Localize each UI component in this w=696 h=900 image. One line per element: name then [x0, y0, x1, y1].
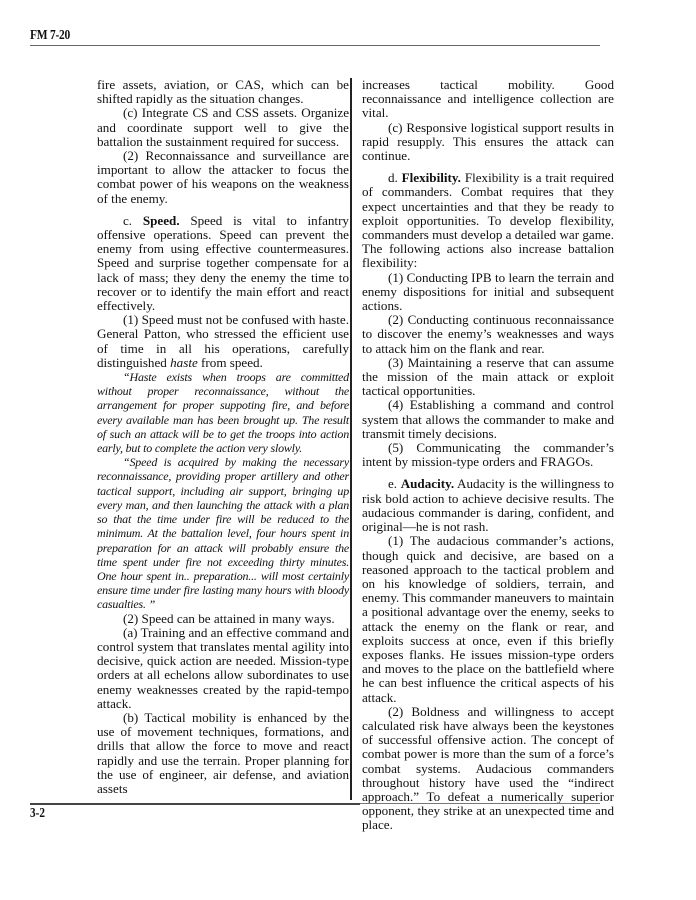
- paragraph-text: Flexibility is a trait required of comma…: [362, 170, 614, 270]
- footer-rule: [30, 803, 360, 805]
- paragraph: increases tactical mobility. Good reconn…: [362, 78, 614, 121]
- section-label: e.: [388, 476, 397, 491]
- section-audacity: e. Audacity. Audacity is the willingness…: [362, 477, 614, 534]
- paragraph: (1) Speed must not be confused with hast…: [97, 313, 349, 370]
- right-column: increases tactical mobility. Good reconn…: [362, 78, 614, 833]
- paragraph: (5) Communicating the commander’s intent…: [362, 441, 614, 469]
- section-heading: Audacity.: [401, 476, 454, 491]
- section-heading: Flexibility.: [402, 170, 461, 185]
- footer-rule-thin: [360, 803, 600, 804]
- paragraph: (3) Maintaining a reserve that can assum…: [362, 356, 614, 399]
- paragraph: (c) Responsive logistical support result…: [362, 121, 614, 164]
- quote-paragraph: “Speed is acquired by making the necessa…: [97, 455, 349, 611]
- paragraph: (1) Conducting IPB to learn the terrain …: [362, 271, 614, 314]
- section-flexibility: d. Flexibility. Flexibility is a trait r…: [362, 171, 614, 270]
- paragraph: (b) Tactical mobility is enhanced by the…: [97, 711, 349, 796]
- paragraph: (4) Establishing a command and control s…: [362, 398, 614, 441]
- paragraph: (2) Speed can be attained in many ways.: [97, 612, 349, 626]
- paragraph: (1) The audacious commander’s actions, t…: [362, 534, 614, 704]
- paragraph: (2) Conducting continuous reconnaissance…: [362, 313, 614, 356]
- quote-paragraph: “Haste exists when troops are committed …: [97, 370, 349, 455]
- page-number: 3-2: [30, 806, 45, 822]
- change-bar: [350, 78, 352, 800]
- section-speed: c. Speed. Speed is vital to infantry off…: [97, 214, 349, 313]
- header-rule: [30, 45, 600, 46]
- paragraph: fire assets, aviation, or CAS, which can…: [97, 78, 349, 106]
- paragraph: (2) Reconnaissance and surveillance are …: [97, 149, 349, 206]
- paragraph-text: from speed.: [201, 355, 263, 370]
- running-header: FM 7-20: [30, 28, 70, 44]
- section-label: d.: [388, 170, 398, 185]
- paragraph: (c) Integrate CS and CSS assets. Organiz…: [97, 106, 349, 149]
- paragraph: (a) Training and an effective command an…: [97, 626, 349, 711]
- left-column: fire assets, aviation, or CAS, which can…: [97, 78, 349, 796]
- emphasis: haste: [170, 355, 198, 370]
- section-heading: Speed.: [143, 213, 180, 228]
- paragraph: (2) Boldness and willingness to accept c…: [362, 705, 614, 833]
- section-label: c.: [123, 213, 132, 228]
- paragraph-text: Speed is vital to infantry offensive ope…: [97, 213, 349, 313]
